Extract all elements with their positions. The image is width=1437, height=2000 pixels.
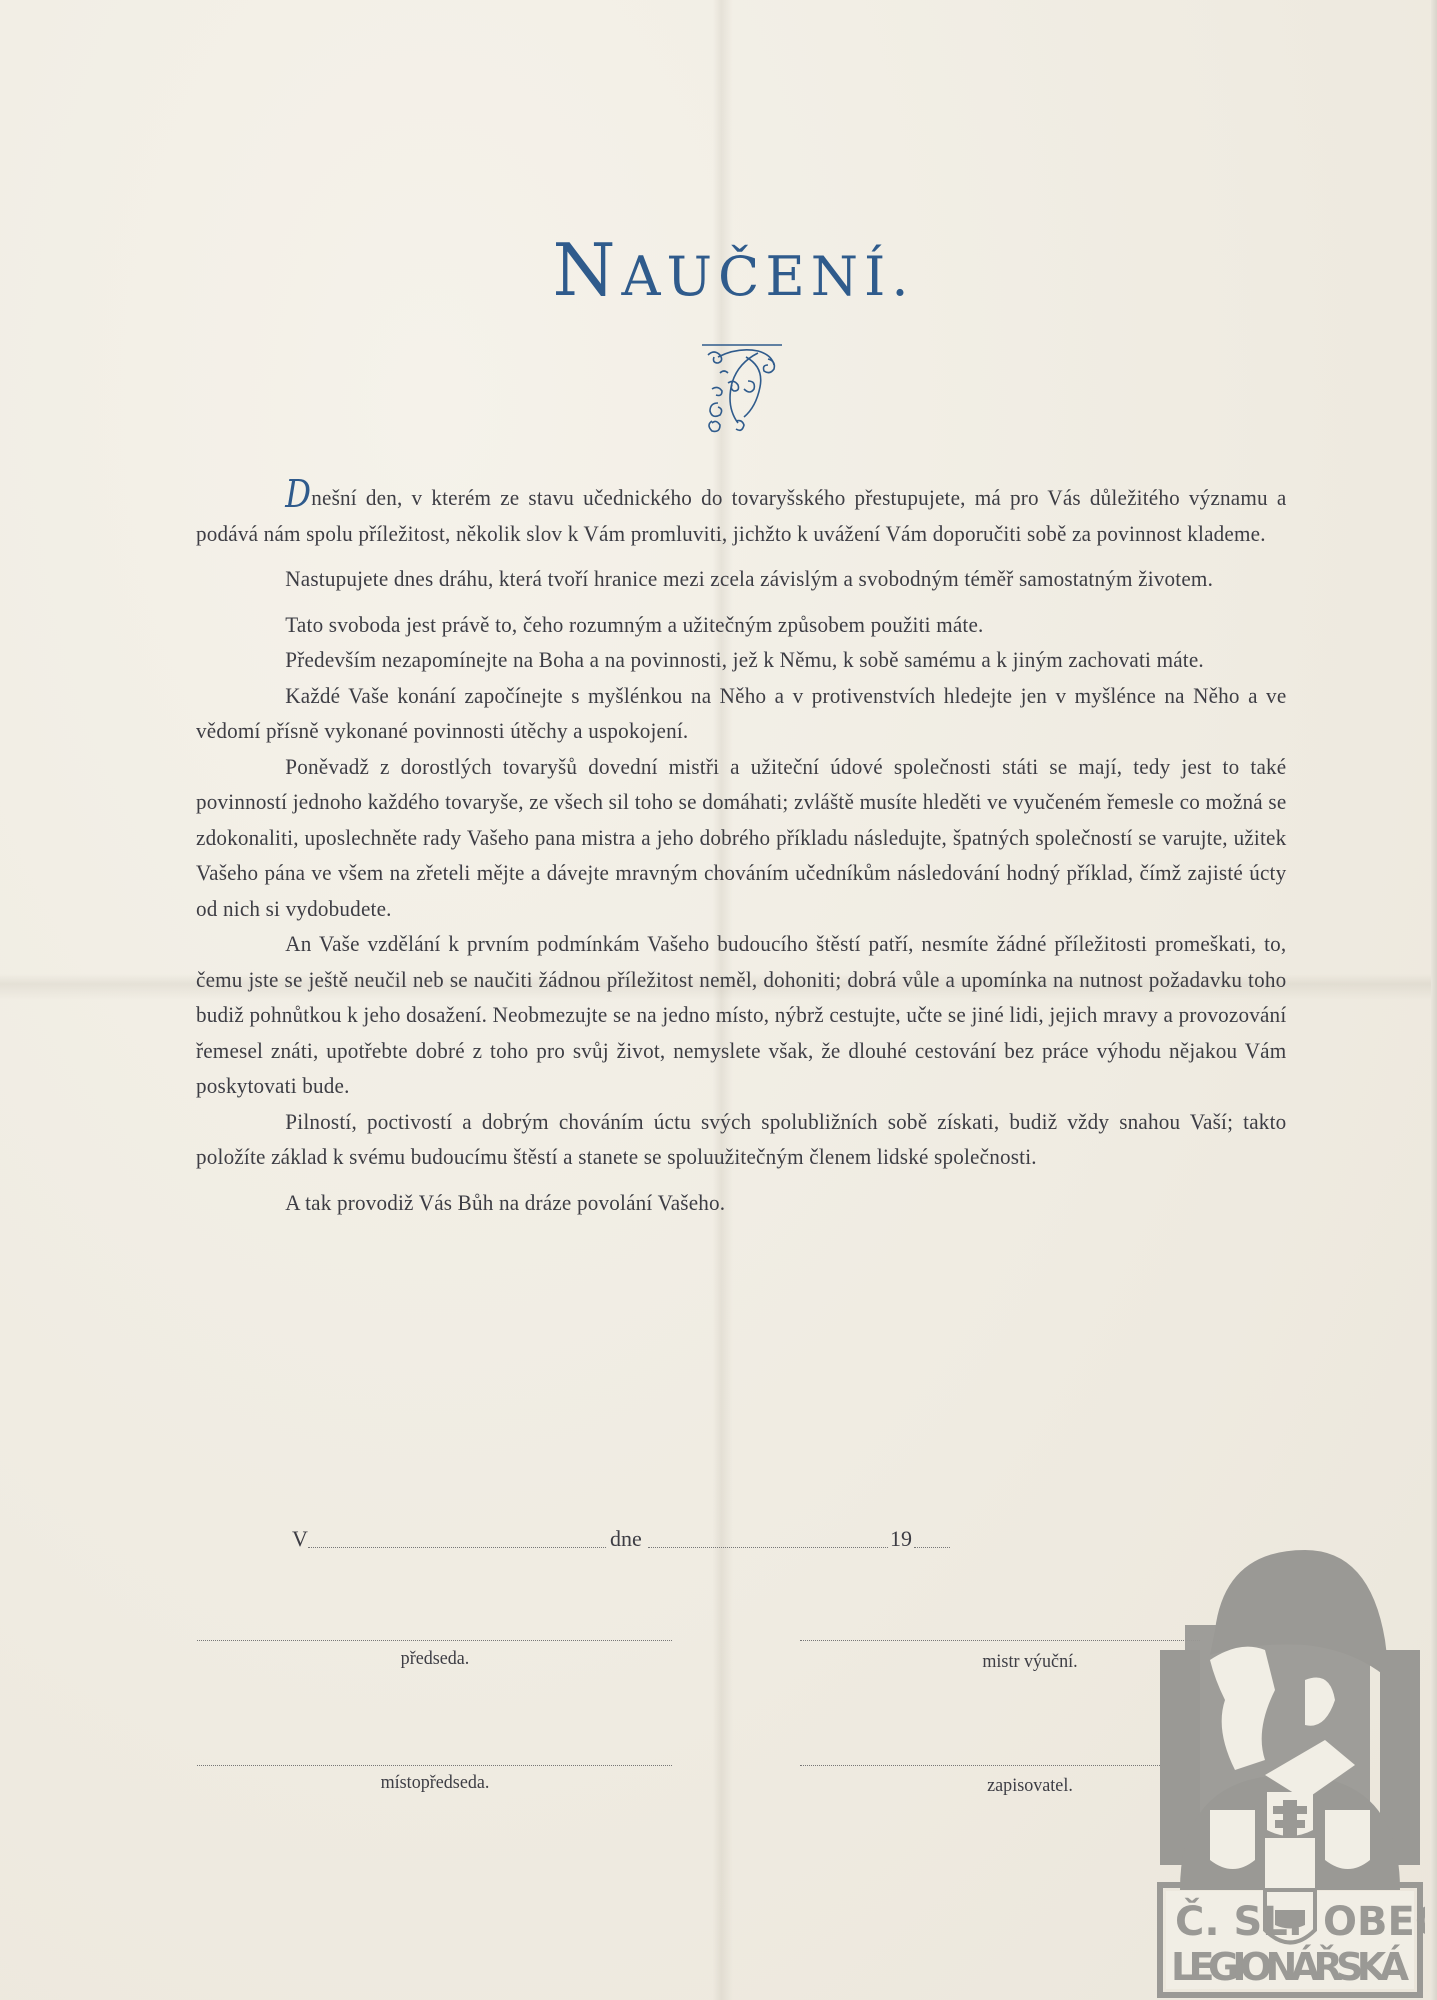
place-date-line: V dne 19 [292, 1522, 952, 1552]
signature-line-mistopredseda[interactable] [197, 1765, 672, 1766]
flourish-ornament-icon [698, 343, 784, 433]
watermark-line2: LEGIONÁŘSKÁ [1171, 1945, 1410, 1989]
paragraph: Tato svoboda jest právě to, čeho rozumný… [196, 607, 1286, 643]
signature-line-zapisovatel[interactable] [800, 1765, 1200, 1766]
signature-line-predseda[interactable] [197, 1640, 672, 1641]
paragraph: Především nezapomínejte na Boha a na pov… [196, 642, 1286, 678]
drop-cap: D [285, 472, 311, 516]
signature-label-mistopredseda: místopředseda. [293, 1772, 578, 1794]
watermark-line1-left: Č. SL. [1175, 1897, 1303, 1945]
date-label: dne [610, 1526, 642, 1552]
document-title: NAUČENÍ. [15, 228, 1437, 312]
year-prefix: 19 [890, 1526, 912, 1552]
body-text: Dnešní den, v kterém ze stavu učednickéh… [196, 480, 1286, 1220]
watermark-line1-right: OBEC [1323, 1899, 1425, 1945]
place-field[interactable] [308, 1547, 606, 1548]
signature-label-mistr: mistr výuční. [888, 1651, 1173, 1673]
legionnaire-emblem-icon: Č. SL. OBEC LEGIONÁŘSKÁ [1155, 1530, 1425, 2000]
signature-label-zapisovatel: zapisovatel. [888, 1775, 1173, 1797]
year-field[interactable] [914, 1547, 950, 1548]
paragraph: An Vaše vzdělání k prvním podmínkám Vaše… [196, 926, 1286, 1104]
paragraph: Každé Vaše konání započínejte s myšlénko… [196, 678, 1286, 749]
signature-line-mistr[interactable] [800, 1640, 1200, 1641]
paragraph: Nastupujete dnes dráhu, která tvoří hran… [196, 561, 1286, 597]
title-rest: AUČENÍ. [622, 245, 915, 308]
signature-label-predseda: předseda. [293, 1648, 578, 1670]
paragraph: Pilností, poctivostí a dobrým chováním ú… [196, 1104, 1286, 1175]
title-initial: N [553, 228, 622, 312]
paragraph: Dnešní den, v kterém ze stavu učednickéh… [196, 480, 1286, 551]
place-label: V [292, 1526, 308, 1552]
paragraph: Poněvadž z dorostlých tovaryšů dovední m… [196, 749, 1286, 927]
date-field[interactable] [648, 1547, 888, 1548]
paragraph: A tak provodiž Vás Bůh na dráze povolání… [196, 1185, 1286, 1221]
